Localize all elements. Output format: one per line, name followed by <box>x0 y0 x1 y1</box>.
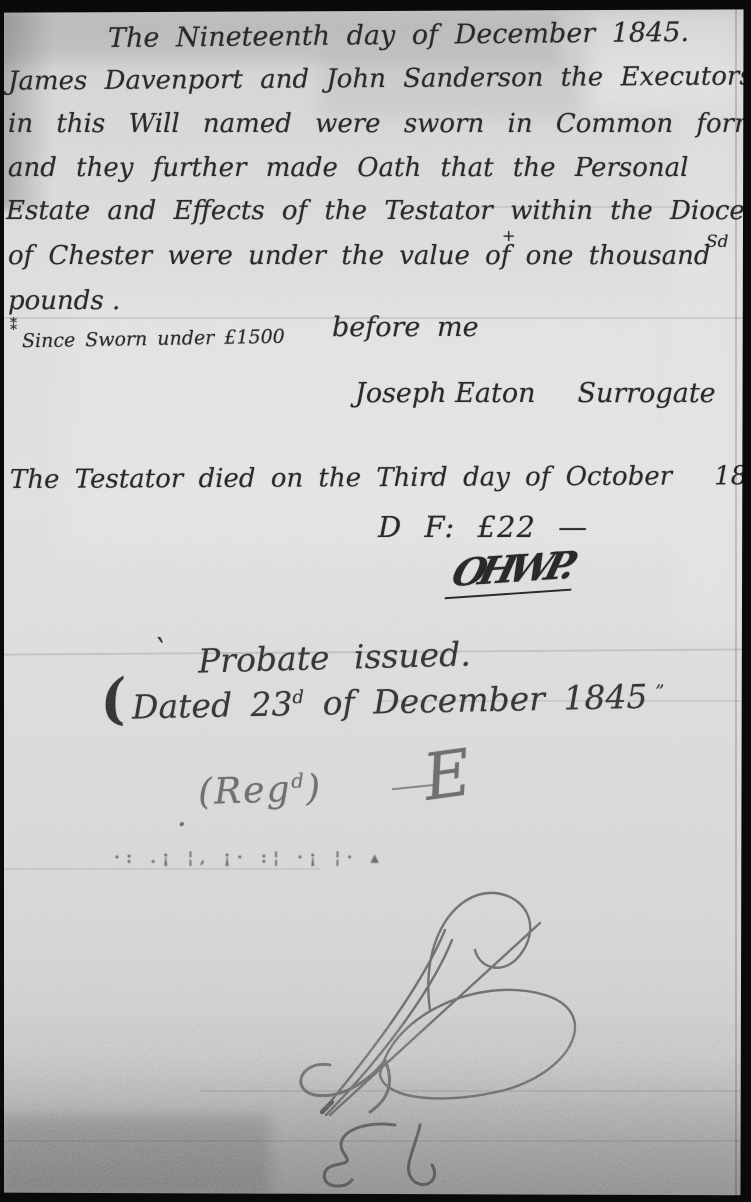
act-date-line: The Nineteenth day of December 1845. <box>108 17 689 54</box>
act-estate-line: Estate and Effects of the Testator withi… <box>6 196 751 226</box>
act-sworn-line: in this Will named were sworn in Common … <box>8 109 751 139</box>
reg-open: (Reg <box>197 769 292 813</box>
flourish-pencil-point <box>322 1102 332 1112</box>
act-value-line: of Chester were under the value of one t… <box>8 241 711 271</box>
surrogate-signature-line: Joseph EatonSurrogate <box>355 378 716 409</box>
scan-edge-top <box>0 0 751 13</box>
crease-line <box>0 1140 751 1142</box>
probate-tick-mark: ` <box>152 634 167 669</box>
surrogate-title: Surrogate <box>577 378 715 409</box>
insertion-caret-mark: + <box>502 226 515 245</box>
probate-dated-line: Dated 23d of December 1845” <box>132 676 665 726</box>
crease-line <box>0 868 320 870</box>
large-pencil-flourish <box>270 880 600 1200</box>
fee-note: D F: £22 — <box>378 510 588 544</box>
scan-edge-bottom <box>0 1193 751 1202</box>
crease-line <box>200 1090 751 1092</box>
flourish-bottom-curve <box>301 1060 390 1112</box>
flourish-top-loop <box>428 893 530 1010</box>
flourish-lower-loop <box>380 990 575 1099</box>
death-sentence: The Testator died on the Third day of Oc… <box>10 462 672 495</box>
pencil-initial-e: E <box>420 741 475 811</box>
dated-open-paren: ( <box>95 666 131 733</box>
attestation-before-me: before me <box>332 312 479 343</box>
surrogate-name: Joseph Eaton <box>355 378 535 409</box>
testator-death-line: The Testator died on the Third day of Oc… <box>10 461 751 495</box>
scan-line-right <box>735 0 737 1202</box>
probate-issued-line: Probate issued. <box>198 634 472 680</box>
grain-overlay-bottom <box>0 1040 751 1202</box>
dated-month-year: of December 1845 <box>304 677 648 723</box>
act-oath-line: and they further made Oath that the Pers… <box>8 153 688 183</box>
dated-tail-mark: ” <box>655 681 665 702</box>
dated-day: Dated 23 <box>132 684 293 726</box>
scan-edge-right <box>740 0 751 1202</box>
faint-date-stamp: ·: .¡ ¦‚ ¡· :¦ ·¡ ¦· ▴ <box>114 848 385 868</box>
clerk-monogram: OHWP. <box>445 542 584 600</box>
act-executors-line: James Davenport and John Sanderson the E… <box>8 61 751 96</box>
pencil-dot-mark: . <box>178 806 186 832</box>
value-superscript: Sd <box>706 232 729 252</box>
flourish-squiggle-e <box>324 1124 395 1186</box>
flourish-stem-a <box>322 930 445 1112</box>
scan-edge-left <box>0 0 4 1202</box>
flourish-diagonal-stroke <box>330 923 540 1115</box>
flourish-stem-b <box>326 940 452 1115</box>
flourish-squiggle-tail <box>409 1125 435 1185</box>
reg-superscript: d <box>291 769 306 792</box>
registered-note: (Regd) <box>197 768 323 813</box>
dated-superscript: d <box>292 687 304 708</box>
reg-close: ) <box>305 768 322 810</box>
act-pounds-line: pounds . <box>8 286 120 316</box>
margin-note-sworn-value: Since Sworn under £1500 <box>22 326 285 353</box>
scanned-probate-document: The Nineteenth day of December 1845. Jam… <box>0 0 751 1202</box>
margin-reference-mark: ⁑ <box>10 318 17 334</box>
bottom-left-shadow <box>0 1115 270 1195</box>
paper-highlight-right <box>675 110 735 630</box>
bottom-vignette <box>0 1055 751 1195</box>
